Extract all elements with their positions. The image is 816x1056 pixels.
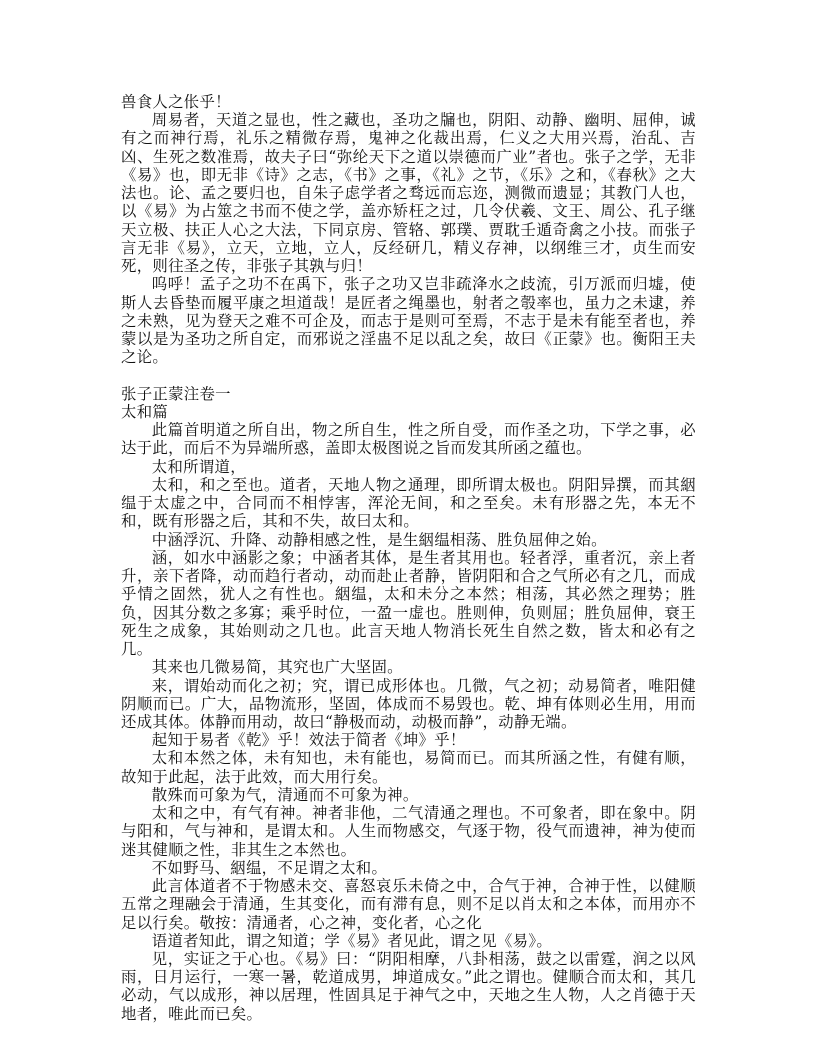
preface-opening-line: 兽食人之伥乎！ — [121, 93, 696, 111]
preface-paragraph: 呜呼！孟子之功不在禹下，张子之功又岂非疏洚水之歧流，引万派而归墟，使斯人去昏垫而… — [121, 275, 696, 366]
main-text-line: 散殊而可象为气，清通而不可象为神。 — [121, 786, 696, 804]
main-text-line: 其来也几微易简，其究也广大坚固。 — [121, 658, 696, 676]
chapter-title: 太和篇 — [121, 403, 696, 421]
commentary-paragraph: 见，实证之于心也。《易》曰：“阴阳相摩，八卦相荡，鼓之以雷霆，润之以风雨，日月运… — [121, 950, 696, 1023]
main-text-line: 起知于易者《乾》乎！效法于简者《坤》乎！ — [121, 731, 696, 749]
commentary-paragraph: 涵，如水中涵影之象；中涵者其体，是生者其用也。轻者浮，重者沉，亲上者升，亲下者降… — [121, 549, 696, 658]
volume-title: 张子正蒙注卷一 — [121, 385, 696, 403]
document-page: 兽食人之伥乎！ 周易者，天道之显也，性之藏也，圣功之牖也，阴阳、动静、幽明、屈伸… — [121, 93, 696, 1023]
commentary-paragraph: 来，谓始动而化之初；究，谓已成形体也。几微，气之初；动易简者，唯阳健阴顺而已。广… — [121, 677, 696, 732]
section-spacer — [121, 367, 696, 385]
commentary-paragraph: 此言体道者不于物感未交、喜怒哀乐未倚之中，合气于神，合神于性，以健顺五常之理融会… — [121, 877, 696, 932]
main-text-line: 不如野马、絪缊，不足谓之太和。 — [121, 859, 696, 877]
preface-paragraph: 周易者，天道之显也，性之藏也，圣功之牖也，阴阳、动静、幽明、屈伸，诚有之而神行焉… — [121, 111, 696, 275]
main-text-line: 太和所谓道， — [121, 458, 696, 476]
commentary-paragraph: 太和本然之体，未有知也，未有能也，易简而已。而其所涵之性，有健有顺，故知于此起，… — [121, 749, 696, 785]
commentary-paragraph: 太和之中，有气有神。神者非他，二气清通之理也。不可象者，即在象中。阴与阳和，气与… — [121, 804, 696, 859]
commentary-paragraph: 太和，和之至也。道者，天地人物之通理，即所谓太极也。阴阳异撰，而其絪缊于太虚之中… — [121, 476, 696, 531]
main-text-line: 语道者知此，谓之知道；学《易》者见此，谓之见《易》。 — [121, 932, 696, 950]
commentary-paragraph: 此篇首明道之所自出，物之所自生，性之所自受，而作圣之功，下学之事，必达于此，而后… — [121, 421, 696, 457]
main-text-line: 中涵浮沉、升降、动静相感之性，是生絪缊相荡、胜负屈伸之始。 — [121, 531, 696, 549]
